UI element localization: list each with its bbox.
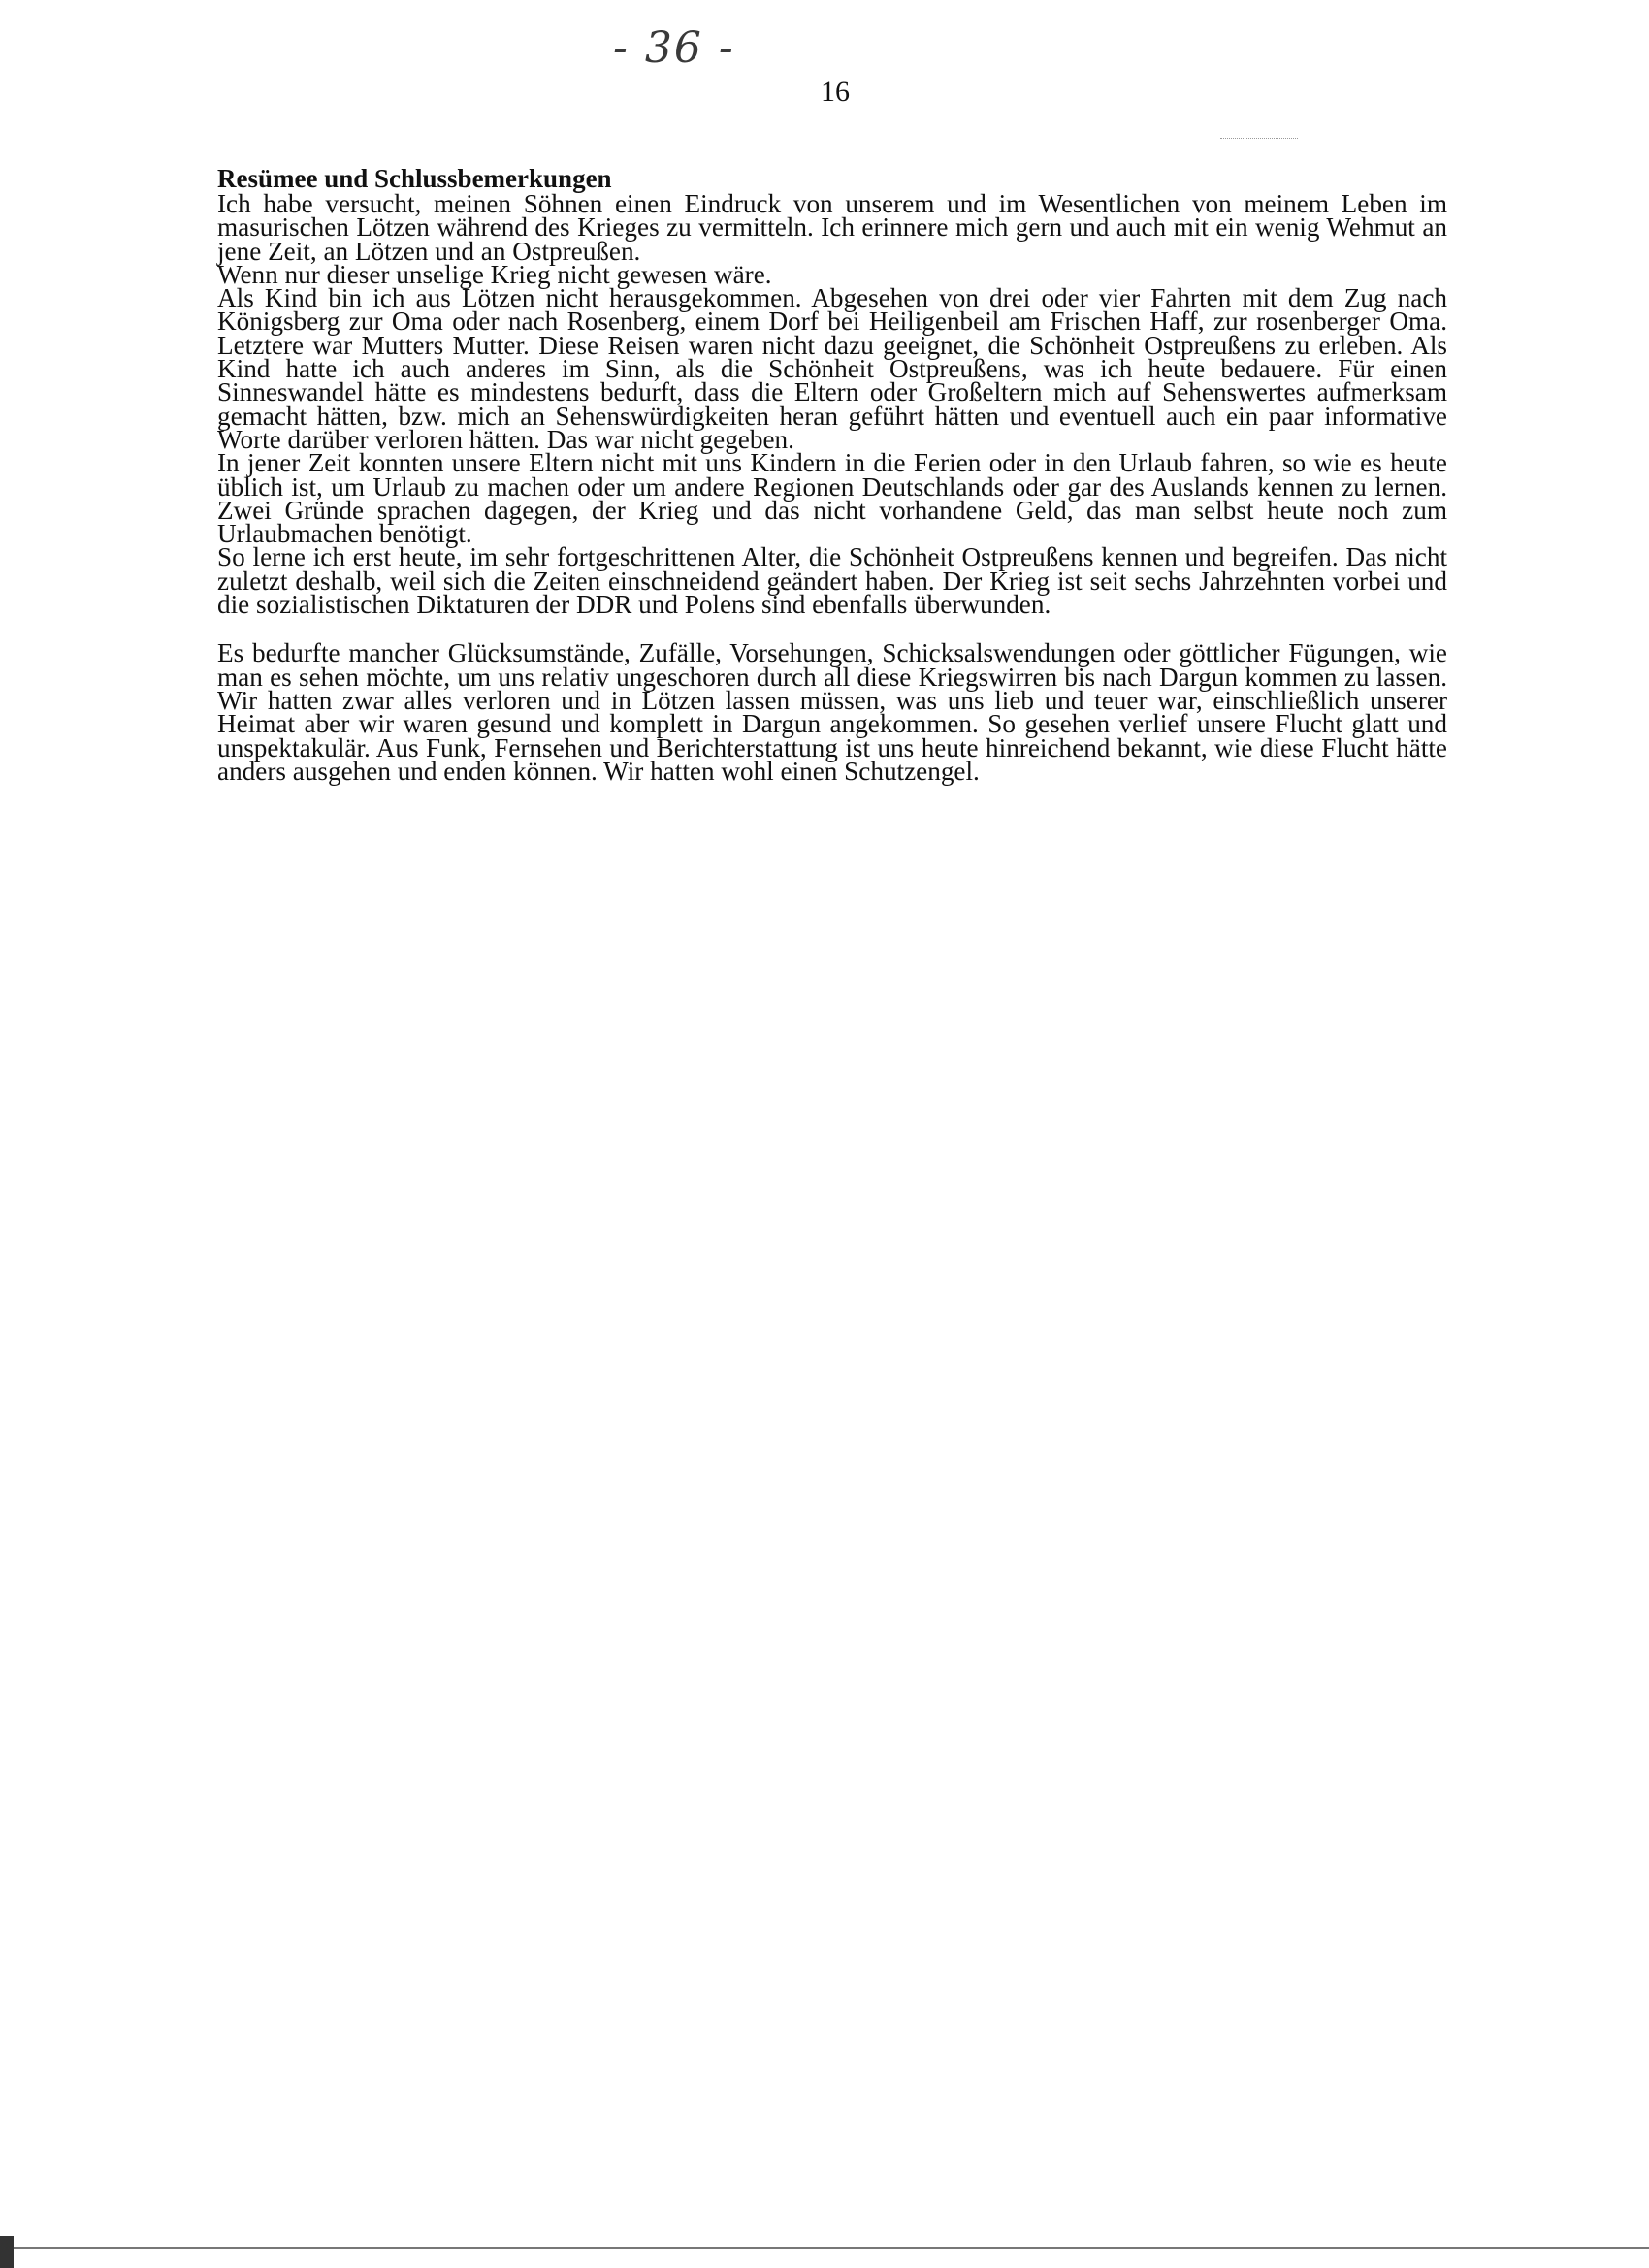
paragraph: In jener Zeit konnten unsere Eltern nich…: [217, 451, 1447, 545]
scan-edge-artifact: [48, 116, 50, 2202]
page-number: 16: [821, 76, 850, 109]
scan-bottom-edge: [0, 2247, 1649, 2268]
paragraph: Als Kind bin ich aus Lötzen nicht heraus…: [217, 286, 1447, 451]
paragraph: So lerne ich erst heute, im sehr fortges…: [217, 545, 1447, 616]
paragraph: Ich habe versucht, meinen Söhnen einen E…: [217, 192, 1447, 263]
scanned-page: - 36 - 16 Resümee und Schlussbemerkungen…: [0, 0, 1649, 2249]
paragraph: Es bedurfte mancher Glücksumstände, Zufä…: [217, 641, 1447, 783]
handwritten-page-number: - 36 -: [613, 23, 735, 73]
scan-corner-artifact: [0, 2236, 14, 2268]
scan-smudge: [1220, 138, 1298, 142]
section-heading: Resümee und Schlussbemerkungen: [217, 165, 1447, 192]
document-body: Resümee und Schlussbemerkungen Ich habe …: [217, 165, 1447, 783]
